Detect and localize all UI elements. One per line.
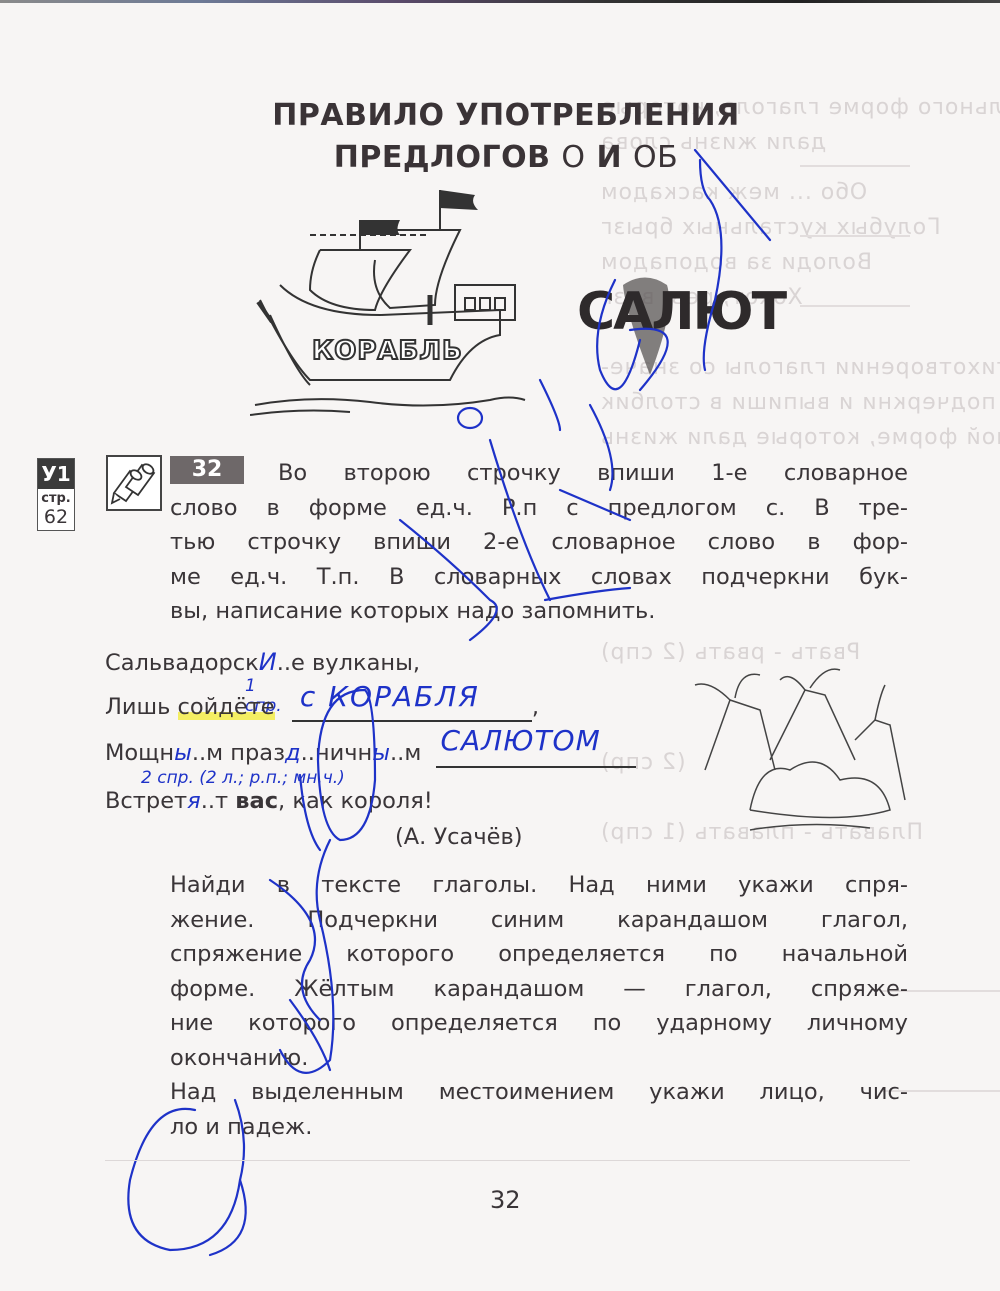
page-number: 32: [490, 1186, 521, 1214]
footer-divider: [105, 1160, 910, 1161]
pen-scribbles: [0, 0, 1000, 1291]
